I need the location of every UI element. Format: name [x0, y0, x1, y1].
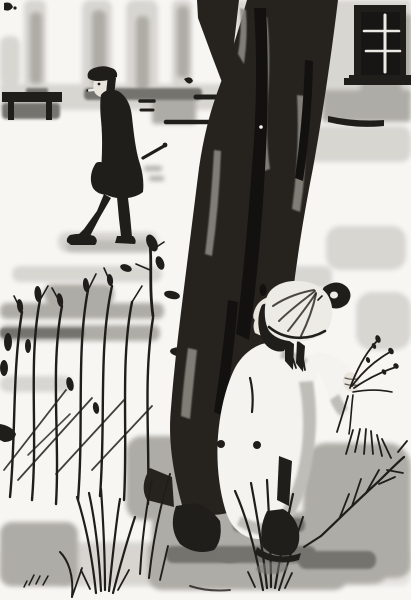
- bench-leg: [8, 102, 14, 120]
- window-sill: [349, 75, 411, 85]
- ground-band: [0, 303, 164, 319]
- trunk-knot: [260, 284, 267, 296]
- bush-leaf: [25, 339, 31, 353]
- column-shadow: [30, 12, 42, 84]
- bush-leaf: [4, 333, 12, 351]
- ground-wash: [340, 520, 411, 578]
- park-bench-left: [2, 92, 62, 102]
- ground-mark: [149, 176, 164, 181]
- corner-mark: [13, 6, 16, 9]
- bush-leaf: [0, 360, 8, 376]
- coat-button: [253, 441, 261, 449]
- window-sill-ledge: [344, 78, 354, 85]
- ground-band: [356, 292, 411, 350]
- wash-patch: [0, 36, 20, 86]
- illustration-page: [0, 0, 411, 600]
- column-shadow: [177, 6, 189, 78]
- bench-leg: [46, 102, 52, 120]
- ground-band: [326, 226, 406, 270]
- bark-speck: [259, 125, 263, 129]
- column-shadow: [136, 16, 149, 90]
- man-eye: [98, 83, 101, 86]
- window-glass: [361, 12, 400, 75]
- ground-band-core: [0, 328, 84, 338]
- man-shoe: [115, 236, 136, 244]
- column-base: [130, 92, 158, 100]
- ground-streak: [298, 551, 376, 569]
- ground-mark: [144, 166, 162, 171]
- illustration-canvas: [0, 0, 411, 600]
- ground-band: [0, 376, 72, 392]
- coat-button: [217, 440, 225, 448]
- pompom-highlight: [330, 292, 338, 299]
